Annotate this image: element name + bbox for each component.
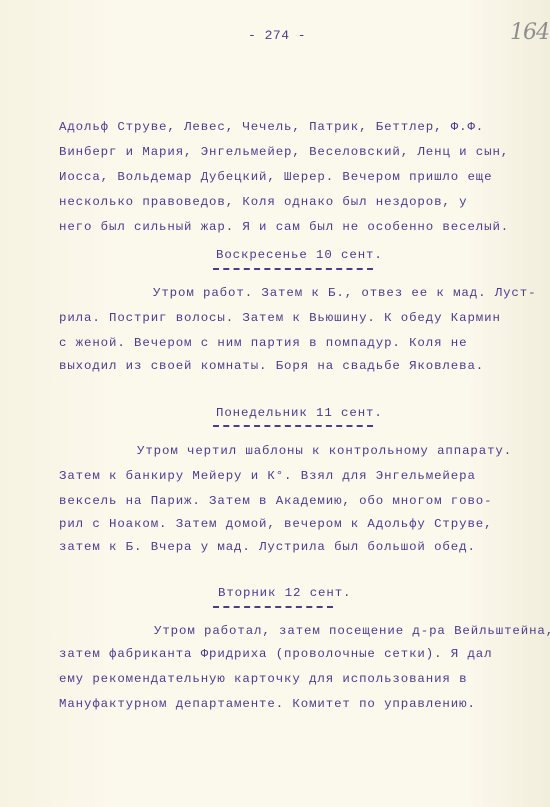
entry-heading: Понедельник 11 сент. (216, 406, 383, 420)
text-line: рила. Постриг волосы. Затем к Вьюшину. К… (59, 310, 501, 326)
text-line: него был сильный жар. Я и сам был не осо… (59, 219, 509, 235)
text-line: затем фабриканта Фридриха (проволочные с… (59, 646, 492, 662)
text-line: Утром работал, затем посещение д-ра Вейл… (154, 623, 550, 639)
text-line: Утром работ. Затем к Б., отвез ее к мад.… (153, 285, 536, 301)
text-line: выходил из своей комнаты. Боря на свадьб… (59, 358, 484, 374)
text-line: Мануфактурном департаменте. Комитет по у… (59, 696, 476, 712)
text-line: Затем к банкиру Мейеру и К°. Взял для Эн… (59, 468, 476, 484)
text-line: с женой. Вечером с ним партия в помпадур… (59, 335, 467, 351)
text-line: несколько правоведов, Коля однако был не… (59, 194, 467, 210)
handwritten-folio-number: 164 (510, 20, 549, 45)
text-line: Винберг и Мария, Энгельмейер, Веселовски… (59, 144, 509, 160)
document-page: - 274 - 164 Адольф Струве, Левес, Чечель… (0, 0, 550, 807)
text-line: Иосса, Вольдемар Дубецкий, Шерер. Вечеро… (59, 169, 492, 185)
entry-heading: Воскресенье 10 сент. (216, 248, 383, 262)
text-line: затем к Б. Вчера у мад. Лустрила был бол… (59, 539, 476, 555)
entry-heading: Вторник 12 сент. (218, 586, 351, 600)
heading-underline (213, 425, 373, 427)
text-line: ему рекомендательную карточку для исполь… (59, 671, 467, 687)
heading-underline (213, 268, 373, 270)
text-line: рил с Ноаком. Затем домой, вечером к Адо… (59, 516, 492, 532)
text-line: Утром чертил шаблоны к контрольному аппа… (137, 443, 512, 459)
text-line: вексель на Париж. Затем в Академию, обо … (59, 493, 492, 509)
page-number: - 274 - (248, 28, 306, 43)
text-line: Адольф Струве, Левес, Чечель, Патрик, Бе… (59, 119, 484, 135)
heading-underline (213, 606, 333, 608)
